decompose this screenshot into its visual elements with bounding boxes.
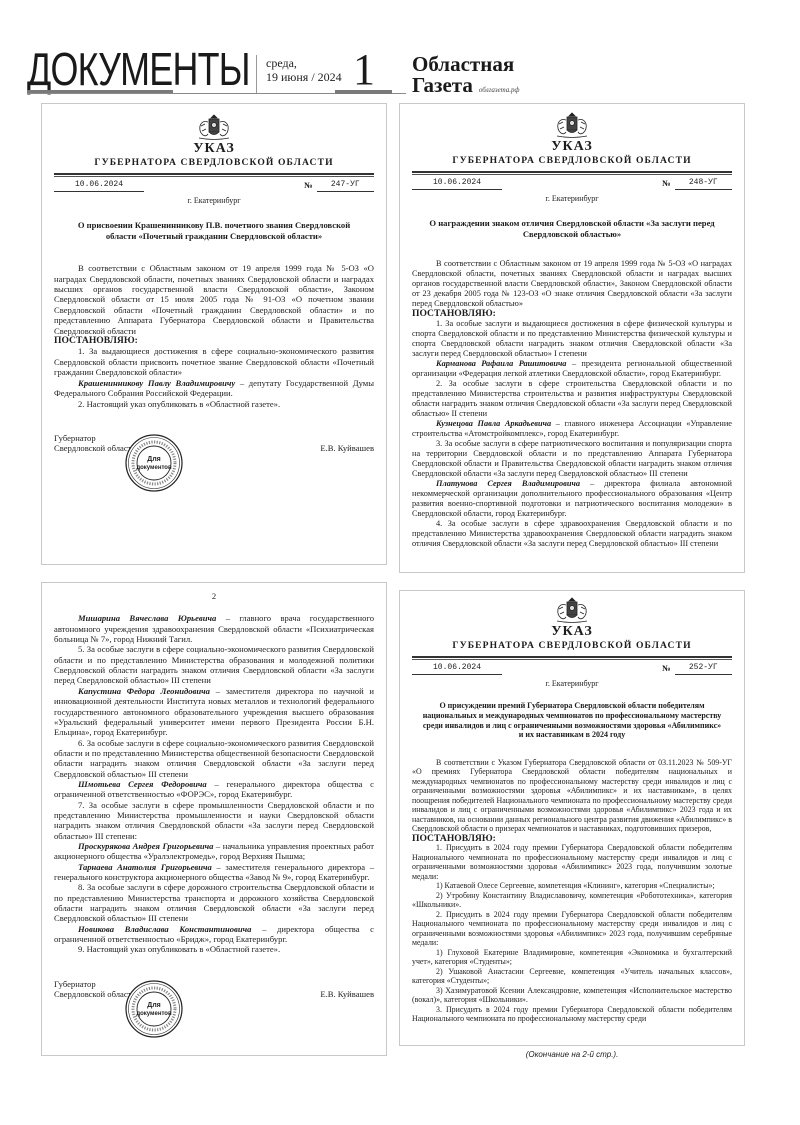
item-2: 2. Присудить в 2024 году премии Губернат… (412, 910, 732, 948)
newspaper-logo: Областная Газета облгазета.рф (412, 54, 520, 101)
issue-date: среда, 19 июня / 2024 (266, 56, 342, 84)
item-1: 1. Присудить в 2024 году премии Губернат… (412, 843, 732, 881)
item-2: 2. За особые заслуги в сфере строительст… (412, 379, 732, 419)
item-2: 2. Настоящий указ опубликовать в «Област… (54, 399, 374, 409)
signer-name: Е.В. Куйвашев (320, 989, 374, 999)
postanovlyayu: ПОСТАНОВЛЯЮ: (412, 834, 732, 844)
crest-slot (412, 597, 732, 623)
awardee-name: Новикова Владислава Константиновича (78, 924, 251, 934)
awardee-1: Крашенинникову Павлу Владимировичу – деп… (54, 378, 374, 399)
decree-meta: 10.06.2024 № 247-УГ (54, 180, 374, 194)
svg-text:документов: документов (136, 1011, 172, 1017)
svg-text:документов: документов (136, 465, 172, 471)
decree-number-value: 247-УГ (317, 180, 374, 192)
decree-issuer: ГУБЕРНАТОРА СВЕРДЛОВСКОЙ ОБЛАСТИ (54, 157, 374, 169)
awardee-3: Платунова Сергея Владимировича – директо… (412, 479, 732, 519)
crest-slot (412, 112, 732, 138)
continued-note: (Окончание на 2-й стр.). (399, 1050, 745, 1059)
coat-of-arms-icon (555, 112, 589, 138)
awardee-7b: Тарнаева Анатолия Григорьевича – замести… (54, 862, 374, 883)
decree-city: г. Екатеринбург (412, 679, 732, 689)
decree-number: № 252-УГ (662, 663, 732, 675)
signature-block: Губернатор Свердловской области Для доку… (54, 979, 374, 1039)
issue-weekday: среда, (266, 56, 342, 70)
seal-stamp-icon: Для документов (124, 433, 184, 493)
decree-number-value: 252-УГ (675, 663, 732, 675)
number-sign: № (662, 663, 671, 675)
awardee-name: Платунова Сергея Владимировича (436, 479, 580, 488)
decree-number-value: 248-УГ (675, 178, 732, 190)
decree-body: Мишарина Вячеслава Юрьевича – главного в… (54, 613, 374, 954)
awardee-4: Мишарина Вячеслава Юрьевича – главного в… (54, 613, 374, 644)
item-5: 5. За особые заслуги в сфере социально-э… (54, 644, 374, 685)
item-2-2: 2) Ушаковой Анастасии Сергеевне, компете… (412, 967, 732, 986)
item-3: 3. За особые заслуги в сфере патриотичес… (412, 439, 732, 479)
awardee-1: Карманова Рафаила Рашитовича – президент… (412, 359, 732, 379)
decree-body: В соответствии с Областным законом от 19… (54, 263, 374, 409)
decree-248-page2-panel: 2 Мишарина Вячеслава Юрьевича – главного… (41, 582, 387, 1056)
awardee-name: Шмотьева Сергея Федоровича (78, 779, 207, 789)
item-2-3: 3) Хазимуратовой Ксении Александровне, к… (412, 986, 732, 1005)
awardee-name: Капустина Федора Леонидовича (78, 686, 210, 696)
coat-of-arms-icon (197, 114, 231, 140)
decree-248-panel: УКАЗ ГУБЕРНАТОРА СВЕРДЛОВСКОЙ ОБЛАСТИ 10… (399, 103, 745, 573)
masthead-rule-end (392, 93, 406, 94)
seal-stamp-icon: Для документов (124, 979, 184, 1039)
section-title: ДОКУМЕНТЫ (27, 46, 250, 92)
preamble: В соответствии с Указом Губернатора Свер… (412, 758, 732, 834)
decree-date: 10.06.2024 (412, 663, 502, 675)
postanovlyayu: ПОСТАНОВЛЯЮ: (412, 309, 732, 319)
awardee-2: Кузнецова Павла Аркадьевича – главного и… (412, 419, 732, 439)
decree-issuer: ГУБЕРНАТОРА СВЕРДЛОВСКОЙ ОБЛАСТИ (412, 640, 732, 652)
item-2-1: 1) Глуховой Екатерине Владимировне, комп… (412, 948, 732, 967)
decree-heading: УКАЗ (412, 624, 732, 640)
item-1: 1. За выдающиеся достижения в сфере соци… (54, 346, 374, 377)
coat-of-arms-icon (555, 597, 589, 623)
item-4: 4. За особые заслуги в сфере здравоохран… (412, 519, 732, 549)
decree-heading: УКАЗ (412, 139, 732, 155)
decree-date: 10.06.2024 (412, 178, 502, 190)
awardee-name: Кузнецова Павла Аркадьевича (436, 419, 551, 428)
awardee-8: Новикова Владислава Константиновича – ди… (54, 924, 374, 945)
item-1-2: 2) Утробину Константину Владиславовичу, … (412, 891, 732, 910)
site-link[interactable]: облгазета.рф (479, 80, 520, 101)
decree-252-panel: УКАЗ ГУБЕРНАТОРА СВЕРДЛОВСКОЙ ОБЛАСТИ 10… (399, 590, 745, 1046)
page-number: 1 (353, 48, 375, 92)
svg-text:Для: Для (147, 1002, 161, 1009)
decree-title: О награждении знаком отличия Свердловско… (422, 218, 722, 239)
decree-meta: 10.06.2024 № 248-УГ (412, 178, 732, 192)
item-1: 1. За особые заслуги и выдающиеся достиж… (412, 319, 732, 359)
decree-number: № 247-УГ (304, 180, 374, 192)
decree-meta: 10.06.2024 № 252-УГ (412, 663, 732, 677)
header-rule (54, 173, 374, 177)
signature-block: Губернатор Свердловской области Для доку… (54, 433, 374, 493)
decree-city: г. Екатеринбург (412, 194, 732, 204)
decree-number: № 248-УГ (662, 178, 732, 190)
preamble: В соответствии с Областным законом от 19… (412, 259, 732, 309)
decree-body: В соответствии с Областным законом от 19… (412, 259, 732, 549)
masthead-divider (256, 55, 257, 93)
svg-text:Для: Для (147, 456, 161, 463)
decree-date: 10.06.2024 (54, 180, 144, 192)
number-sign: № (304, 180, 313, 192)
header-rule (412, 171, 732, 175)
decree-title: О присвоении Крашенинникову П.В. почетно… (64, 220, 364, 241)
awardee-name: Тарнаева Анатолия Григорьевича (78, 862, 212, 872)
postanovlyayu: ПОСТАНОВЛЯЮ: (54, 336, 374, 346)
header-rule (412, 656, 732, 660)
awardee-name: Крашенинникову Павлу Владимировичу (78, 378, 235, 388)
signer-name: Е.В. Куйвашев (320, 443, 374, 453)
decree-issuer: ГУБЕРНАТОРА СВЕРДЛОВСКОЙ ОБЛАСТИ (412, 155, 732, 167)
awardee-name: Проскурякова Андрея Григорьевича (78, 841, 213, 851)
logo-line-2: Газета (412, 75, 473, 96)
item-8: 8. За особые заслуги в сфере дорожного с… (54, 882, 374, 923)
awardee-name: Мишарина Вячеслава Юрьевича (78, 613, 216, 623)
awardee-6: Шмотьева Сергея Федоровича – генеральног… (54, 779, 374, 800)
item-9: 9. Настоящий указ опубликовать в «Област… (54, 944, 374, 954)
item-6: 6. За особые заслуги в сфере социально-э… (54, 738, 374, 779)
awardee-name: Карманова Рафаила Рашитовича (436, 359, 566, 368)
masthead: ДОКУМЕНТЫ среда, 19 июня / 2024 1 Област… (0, 0, 800, 100)
page-number-underline (335, 90, 392, 94)
decree-title: О присуждении премий Губернатора Свердло… (422, 701, 722, 739)
number-sign: № (662, 178, 671, 190)
page-label: 2 (54, 591, 374, 601)
preamble: В соответствии с Областным законом от 19… (54, 263, 374, 336)
awardee-5: Капустина Федора Леонидовича – заместите… (54, 686, 374, 738)
decree-heading: УКАЗ (54, 141, 374, 157)
item-3: 3. Присудить в 2024 году премии Губернат… (412, 1005, 732, 1024)
decree-247-panel: УКАЗ ГУБЕРНАТОРА СВЕРДЛОВСКОЙ ОБЛАСТИ 10… (41, 103, 387, 565)
item-1-1: 1) Катаевой Олесе Сергеевне, компетенция… (412, 881, 732, 891)
decree-city: г. Екатеринбург (54, 196, 374, 206)
issue-day: 19 июня / 2024 (266, 70, 342, 84)
crest-slot (54, 114, 374, 140)
item-7: 7. За особые заслуги в сфере промышленно… (54, 800, 374, 841)
logo-line-1: Областная (412, 54, 520, 75)
decree-body: В соответствии с Указом Губернатора Свер… (412, 758, 732, 1024)
awardee-7a: Проскурякова Андрея Григорьевича – начал… (54, 841, 374, 862)
